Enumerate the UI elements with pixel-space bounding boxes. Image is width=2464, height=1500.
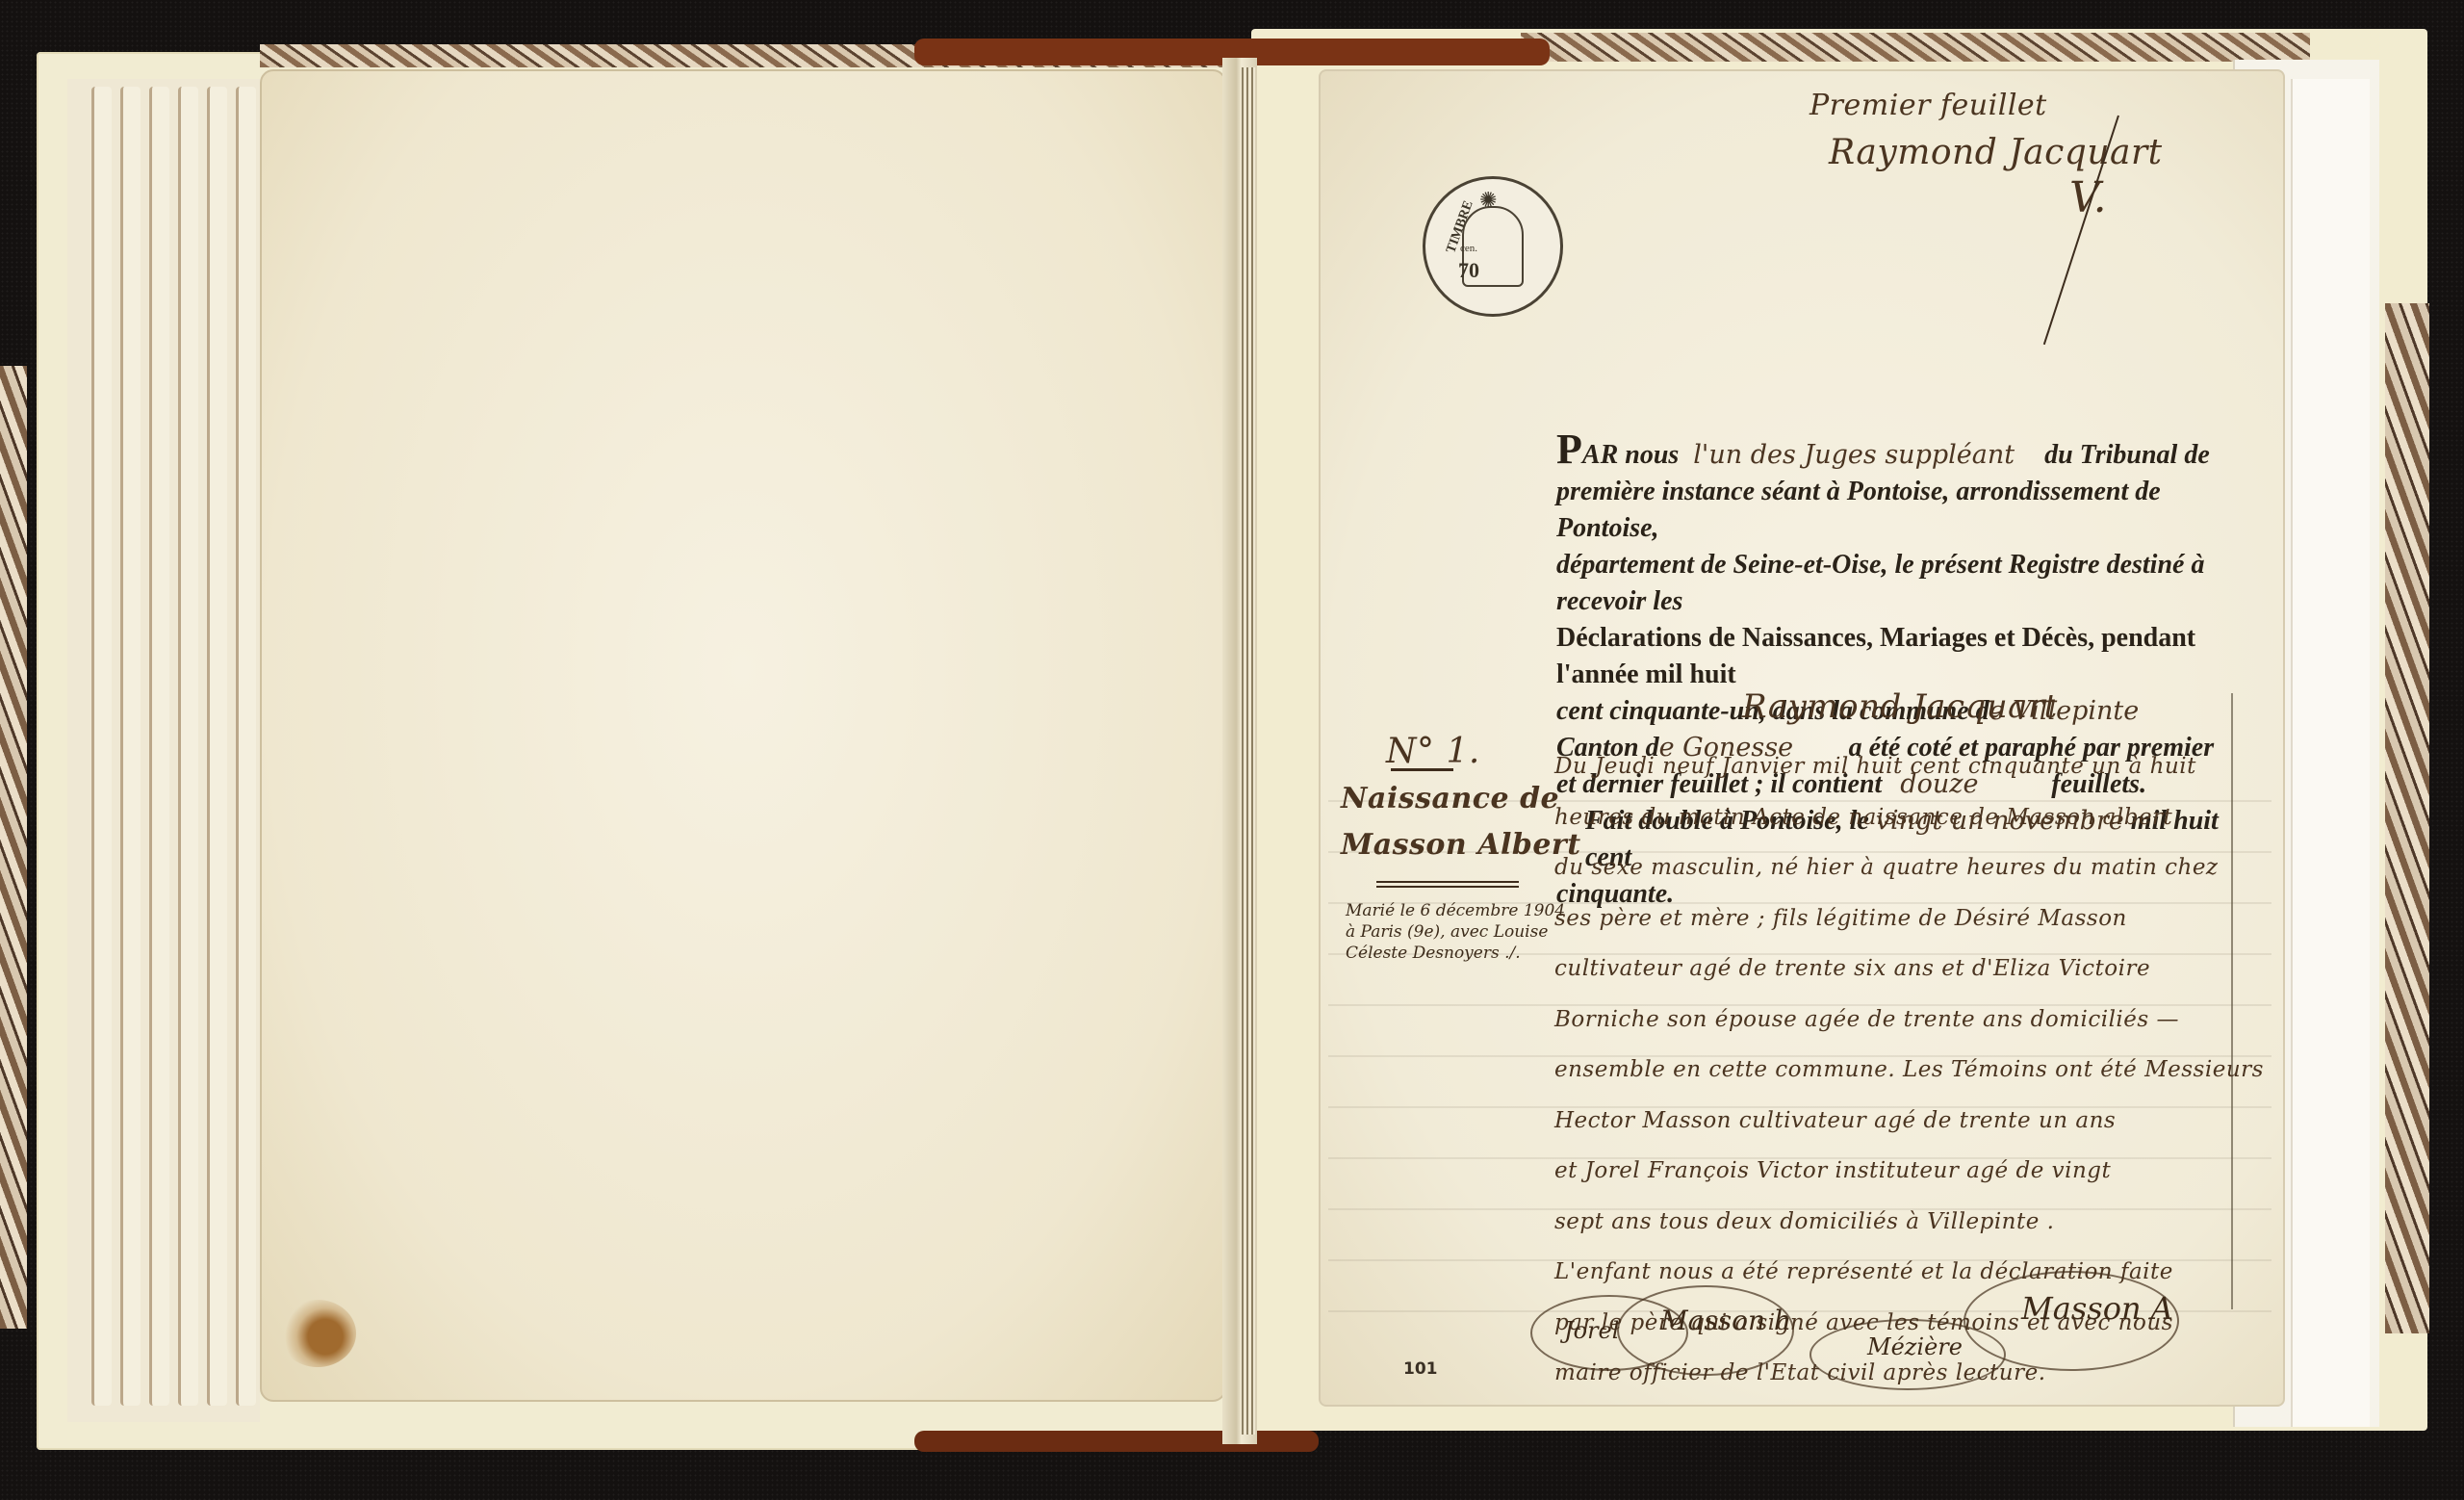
title-double-underline-2	[1376, 886, 1519, 888]
title-double-underline-1	[1376, 881, 1519, 883]
marbled-endpaper-right	[2385, 303, 2429, 1333]
folio-number: 101	[1403, 1359, 1438, 1379]
page-edge	[91, 87, 112, 1406]
preamble-line-3: département de Seine-et-Oise, le présent…	[1556, 547, 2230, 620]
foxing-stain	[279, 1300, 356, 1367]
printed-text: AR nous	[1582, 440, 1679, 470]
entry-line: et Jorel François Victor instituteur agé…	[1554, 1146, 2247, 1197]
left-page	[260, 69, 1226, 1402]
page-edge	[149, 87, 169, 1406]
preamble-line-4: Déclarations de Naissances, Mariages et …	[1556, 620, 2230, 693]
annotation-line: Marié le 6 décembre 1904	[1346, 900, 1567, 921]
entry-number: N° 1.	[1386, 732, 1480, 771]
entry-line: sept ans tous deux domiciliés à Villepin…	[1554, 1197, 2247, 1248]
signature-masson-desire: Masson A	[2021, 1290, 2173, 1327]
entry-title-line-2: Masson Albert	[1341, 828, 1581, 862]
registrar-signature-preamble: Raymond Jacquart	[1742, 687, 2058, 726]
initials-annotation: V.	[2069, 173, 2107, 222]
preamble-line-2: première instance séant à Pontoise, arro…	[1556, 474, 2230, 547]
preamble-line-1: PAR nous l'un des Juges suppléant du Tri…	[1556, 431, 2230, 474]
annotation-line: Céleste Desnoyers ./.	[1346, 943, 1567, 964]
entry-line: Du Jeudi neuf Janvier mil huit cent cinq…	[1554, 741, 2247, 792]
signature-jorel: Jorel	[1564, 1317, 1619, 1344]
handwritten-fill: l'un des Juges suppléant	[1693, 440, 2015, 470]
entry-line: Hector Masson cultivateur agé de trente …	[1554, 1096, 2247, 1147]
entry-number-underline	[1391, 768, 1453, 771]
marbled-endpaper-left	[0, 366, 27, 1329]
spine-leather-bottom	[914, 1431, 1319, 1452]
entry-line: Borniche son épouse agée de trente ans d…	[1554, 995, 2247, 1046]
fiscal-stamp-timbre: ✺ TIMBRE cen. 70	[1423, 176, 1563, 317]
printed-text: du Tribunal de	[2044, 440, 2210, 470]
gutter-page-edges	[1242, 67, 1255, 1435]
entry-line: ses père et mère ; fils légitime de Dési…	[1554, 893, 2247, 944]
entry-title-line-1: Naissance de	[1341, 782, 1559, 815]
signature-masson-hector: Masson h	[1660, 1305, 1791, 1336]
annotation-line: à Paris (9e), avec Louise	[1346, 921, 1567, 943]
drop-cap: P	[1556, 426, 1582, 473]
registrar-signature-top: Raymond Jacquart	[1829, 133, 2163, 172]
annotation-premier-feuillet: Premier feuillet	[1809, 89, 2047, 122]
marriage-annotation: Marié le 6 décembre 1904 à Paris (9e), a…	[1346, 900, 1567, 964]
stamp-unit: cen.	[1460, 243, 1477, 254]
page-edge	[120, 87, 141, 1406]
marbled-endpaper-top-right	[1521, 33, 2310, 62]
page-edge	[207, 87, 227, 1406]
entry-line: heures du matin Acte de naissance de Mas…	[1554, 792, 2247, 843]
stamp-value: 70	[1458, 258, 1479, 283]
entry-line: ensemble en cette commune. Les Témoins o…	[1554, 1045, 2247, 1096]
right-page-stack-inner	[2291, 79, 2370, 1427]
page-edge	[236, 87, 256, 1406]
entry-line: cultivateur agé de trente six ans et d'E…	[1554, 944, 2247, 995]
signature-mayor: Mézière	[1867, 1333, 1963, 1360]
entry-line: du sexe masculin, né hier à quatre heure…	[1554, 842, 2247, 893]
sun-rays-icon: ✺	[1479, 189, 1497, 213]
page-edge	[178, 87, 198, 1406]
